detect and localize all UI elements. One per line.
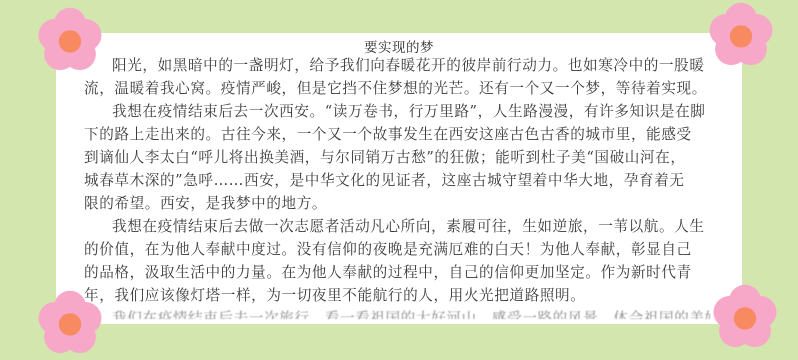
text-line: 我想在疫情结束后去一次西安。“读万卷书，行万里路”，人生路漫漫，有许多知识是在脚: [84, 100, 710, 123]
text-line: 流，温暖着我心窝。疫情严峻，但是它挡不住梦想的光芒。还有一个又一个梦，等待着实现…: [84, 77, 710, 100]
text-line: 的品格，汲取生活中的力量。在为他人奉献的过程中，自己的信仰更加坚定。作为新时代青: [84, 261, 710, 284]
text-line: 我想在疫情结束后去做一次志愿者活动凡心所向，素履可往，生如逆旅，一苇以航。人生: [84, 215, 710, 238]
text-line: 阳光，如黑暗中的一盏明灯，给予我们向春暖花开的彼岸前行动力。也如寒冷中的一股暖: [84, 54, 710, 77]
flower-icon: [706, 0, 776, 70]
text-line-partial: 我们在疫情结束后去一次旅行，看一看祖国的大好河山，感受一路的风景，体会祖国的美好…: [84, 307, 710, 319]
text-line: 到谪仙人李太白“呼儿将出换美酒，与尔同销万古愁”的狂傲；能听到杜子美“国破山河在…: [84, 146, 710, 169]
flower-icon: [710, 282, 780, 352]
text-line: 下的路上走出来的。古往今来，一个又一个故事发生在西安这座古色古香的城市里，能感受: [84, 123, 710, 146]
text-line: 年，我们应该像灯塔一样，为一切夜里不能航行的人，用火光把道路照明。: [84, 284, 710, 307]
text-line: 限的希望。西安，是我梦中的地方。: [84, 192, 710, 215]
flower-icon: [35, 5, 105, 75]
document-title: 要实现的梦: [56, 36, 742, 56]
text-line: 城春草木深的”急呼……西安，是中华文化的见证者，这座古城守望着中华大地，孕育着无: [84, 169, 710, 192]
flower-icon: [35, 288, 105, 358]
document-body: 阳光，如黑暗中的一盏明灯，给予我们向春暖花开的彼岸前行动力。也如寒冷中的一股暖 …: [84, 54, 710, 319]
document-page: 要实现的梦 阳光，如黑暗中的一盏明灯，给予我们向春暖花开的彼岸前行动力。也如寒冷…: [56, 33, 742, 324]
text-line: 的价值，在为他人奉献中度过。没有信仰的夜晚是充满厄难的白天！为他人奉献，彰显自己: [84, 238, 710, 261]
